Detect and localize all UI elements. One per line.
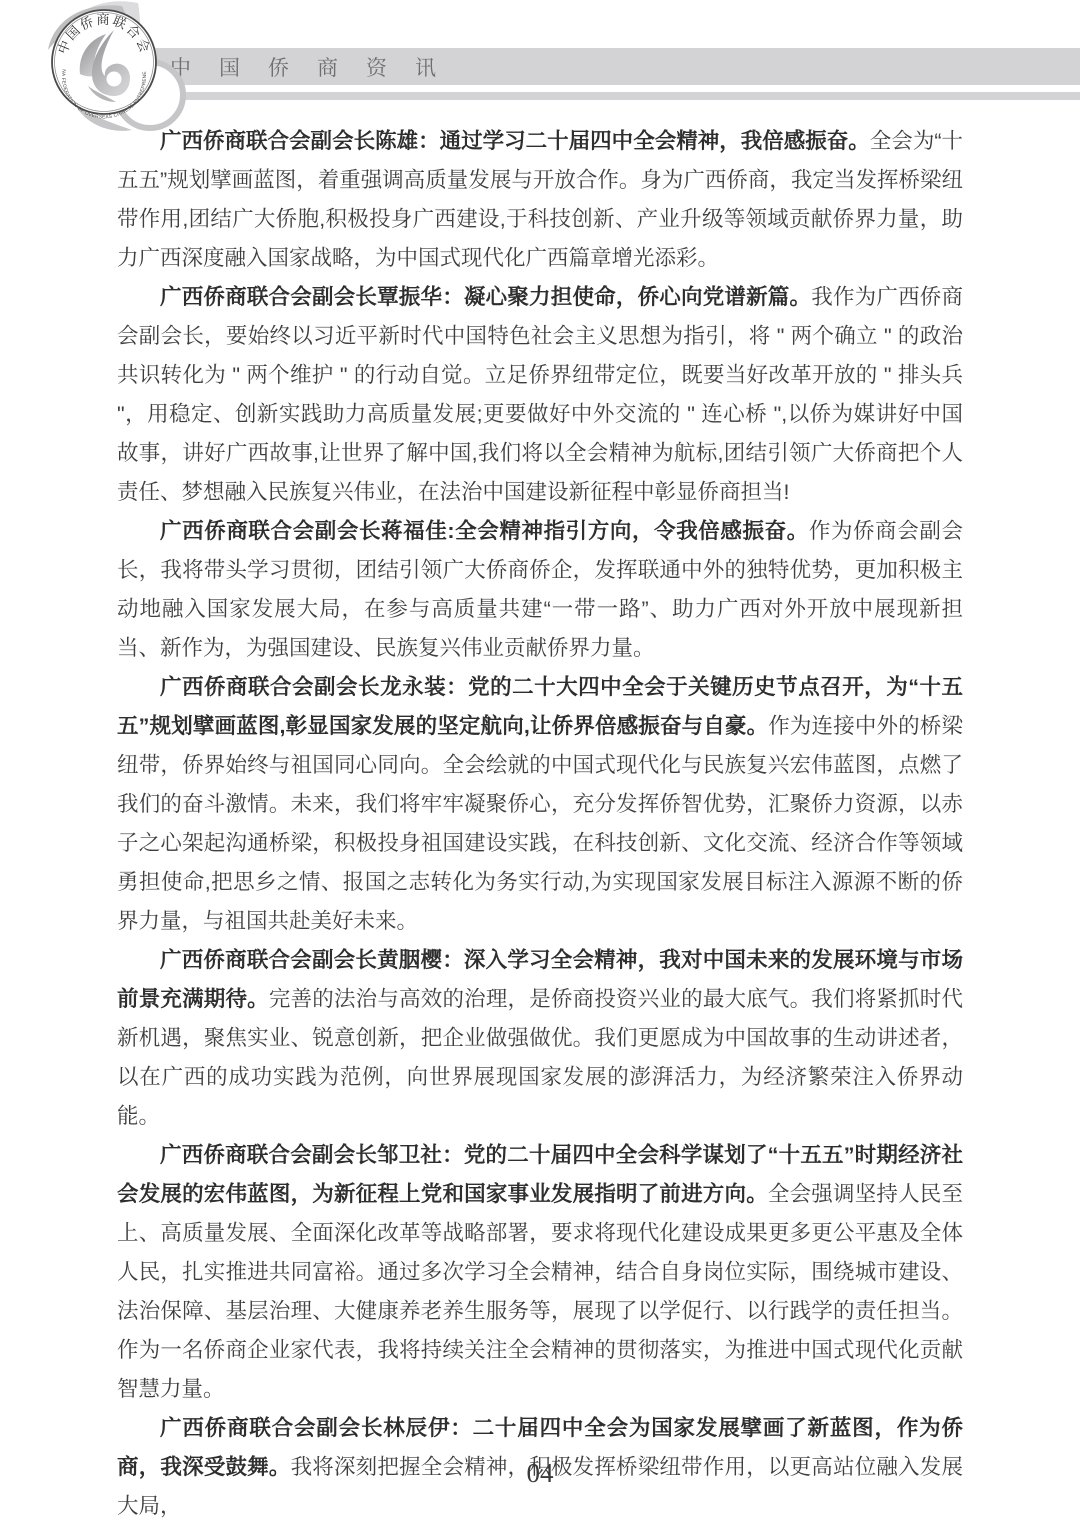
article-paragraph: 广西侨商联合会副会长覃振华：凝心聚力担使命，侨心向党谱新篇。我作为广西侨商会副会… — [117, 278, 963, 512]
federation-seal-logo: 中国侨商联合会 CHINA FEDERATION OF OVERSEAS CHI… — [26, 0, 221, 142]
paragraph-text: 我作为广西侨商会副会长，要始终以习近平新时代中国特色社会主义思想为指引，将 " … — [117, 285, 963, 504]
article-paragraph: 广西侨商联合会副会长蒋福佳:全会精神指引方向，令我倍感振奋。作为侨商会副会长，我… — [117, 512, 963, 668]
article-paragraph: 广西侨商联合会副会长龙永装：党的二十大四中全会于关键历史节点召开，为“十五五”规… — [117, 668, 963, 941]
header-band-underline — [135, 92, 1080, 100]
paragraph-lead: 广西侨商联合会副会长蒋福佳:全会精神指引方向，令我倍感振奋。 — [160, 519, 809, 543]
page-number: 04 — [0, 1458, 1080, 1489]
logo-graphic: 中国侨商联合会 CHINA FEDERATION OF OVERSEAS CHI… — [26, 0, 221, 142]
article-paragraph: 广西侨商联合会副会长黄胭樱：深入学习全会精神，我对中国未来的发展环境与市场前景充… — [117, 941, 963, 1136]
article-paragraph: 广西侨商联合会副会长邹卫社：党的二十届四中全会科学谋划了“十五五”时期经济社会发… — [117, 1136, 963, 1409]
header-band: 中国侨商资讯 — [118, 48, 1080, 85]
paragraph-lead: 广西侨商联合会副会长陈雄：通过学习二十届四中全会精神，我倍感振奋。 — [160, 129, 870, 153]
paragraph-lead: 广西侨商联合会副会长覃振华：凝心聚力担使命，侨心向党谱新篇。 — [160, 285, 811, 309]
paragraph-text: 作为连接中外的桥梁纽带，侨界始终与祖国同心同向。全会绘就的中国式现代化与民族复兴… — [117, 714, 963, 933]
article-paragraph: 广西侨商联合会副会长陈雄：通过学习二十届四中全会精神，我倍感振奋。全会为“十五五… — [117, 122, 963, 278]
paragraph-text: 全会强调坚持人民至上、高质量发展、全面深化改革等战略部署，要求将现代化建设成果更… — [117, 1182, 963, 1401]
article-body: 广西侨商联合会副会长陈雄：通过学习二十届四中全会精神，我倍感振奋。全会为“十五五… — [117, 122, 963, 1525]
